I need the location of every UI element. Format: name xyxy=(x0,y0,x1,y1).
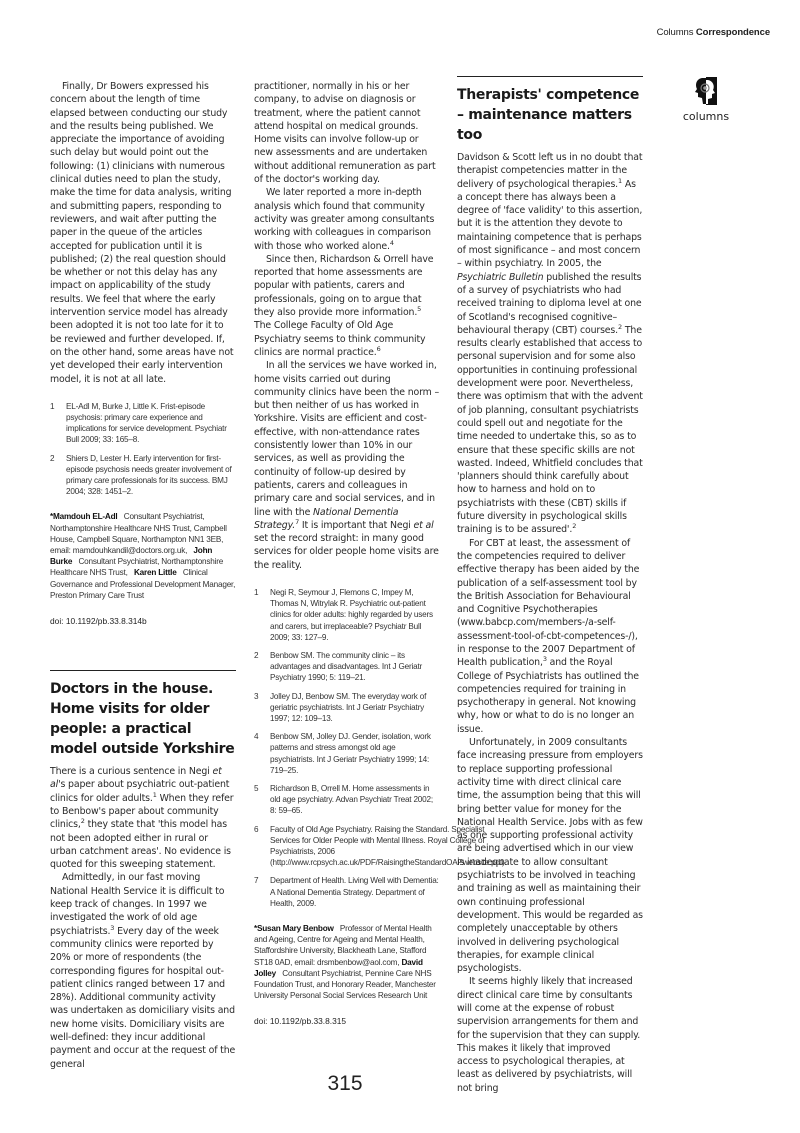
subsection-label: Correspondence xyxy=(696,27,770,38)
letter2-paragraph: We later reported a more in-depth analys… xyxy=(254,186,440,252)
author-name: *Mamdouh EL-Adl xyxy=(50,512,118,521)
reference-item: 2 Shiers D, Lester H. Early intervention… xyxy=(50,453,236,498)
letter1-doi[interactable]: doi: 10.1192/pb.33.8.314b xyxy=(50,616,236,626)
author-affiliation: Consultant Psychiatrist, Pennine Care NH… xyxy=(254,969,436,1000)
author-name: *Susan Mary Benbow xyxy=(254,924,334,933)
letter3-paragraph: For CBT at least, the assessment of the … xyxy=(457,537,643,736)
reference-item: 7Department of Health. Living Well with … xyxy=(254,875,440,909)
letter1-references: 1 EL-Adl M, Burke J, Little K. Frist-epi… xyxy=(50,401,236,498)
reference-item: 5Richardson B, Orrell M. Home assessment… xyxy=(254,783,440,817)
reference-item: 1 EL-Adl M, Burke J, Little K. Frist-epi… xyxy=(50,401,236,446)
column-1: Finally, Dr Bowers expressed his concern… xyxy=(50,80,236,1071)
letter2-references: 1Negi R, Seymour J, Flemons C, Impey M, … xyxy=(254,587,440,909)
letter1-paragraph: Finally, Dr Bowers expressed his concern… xyxy=(50,80,236,386)
letter2-doi[interactable]: doi: 10.1192/pb.33.8.315 xyxy=(254,1016,440,1026)
letter2-paragraph: Since then, Richardson & Orrell have rep… xyxy=(254,253,440,359)
reference-item: 2Benbow SM. The community clinic – its a… xyxy=(254,650,440,684)
letter2-paragraph: Admittedly, in our fast moving National … xyxy=(50,871,236,1070)
letter2-title: Doctors in the house. Home visits for ol… xyxy=(50,679,236,759)
letter3-title: Therapists' competence – maintenance mat… xyxy=(457,85,643,145)
column-3: Therapists' competence – maintenance mat… xyxy=(457,76,643,1095)
letter3-paragraph: Unfortunately, in 2009 consultants face … xyxy=(457,736,643,975)
running-head: Columns Correspondence xyxy=(657,27,770,38)
author-name: Karen Little xyxy=(134,568,177,577)
profile-heads-icon xyxy=(693,76,719,106)
page-number: 315 xyxy=(0,1072,690,1096)
column-2: practitioner, normally in his or her com… xyxy=(254,80,440,1026)
letter2-paragraph: practitioner, normally in his or her com… xyxy=(254,80,440,186)
letter1-authors: *Mamdouh EL-Adl Consultant Psychiatrist,… xyxy=(50,511,236,601)
reference-item: 3Jolley DJ, Benbow SM. The everyday work… xyxy=(254,691,440,725)
reference-item: 4Benbow SM, Jolley DJ. Gender, isolation… xyxy=(254,731,440,776)
reference-item: 1Negi R, Seymour J, Flemons C, Impey M, … xyxy=(254,587,440,643)
section-label: Columns xyxy=(657,27,694,38)
letter2-paragraph: In all the services we have worked in, h… xyxy=(254,359,440,572)
section-divider xyxy=(457,76,643,77)
letter2-authors: *Susan Mary Benbow Professor of Mental H… xyxy=(254,923,440,1001)
letter2-paragraph: There is a curious sentence in Negi et a… xyxy=(50,765,236,871)
columns-logo: columns xyxy=(681,76,731,123)
letter3-paragraph: Davidson & Scott left us in no doubt tha… xyxy=(457,151,643,537)
logo-caption: columns xyxy=(681,110,731,123)
section-divider xyxy=(50,670,236,671)
reference-item: 6Faculty of Old Age Psychiatry. Raising … xyxy=(254,824,440,869)
